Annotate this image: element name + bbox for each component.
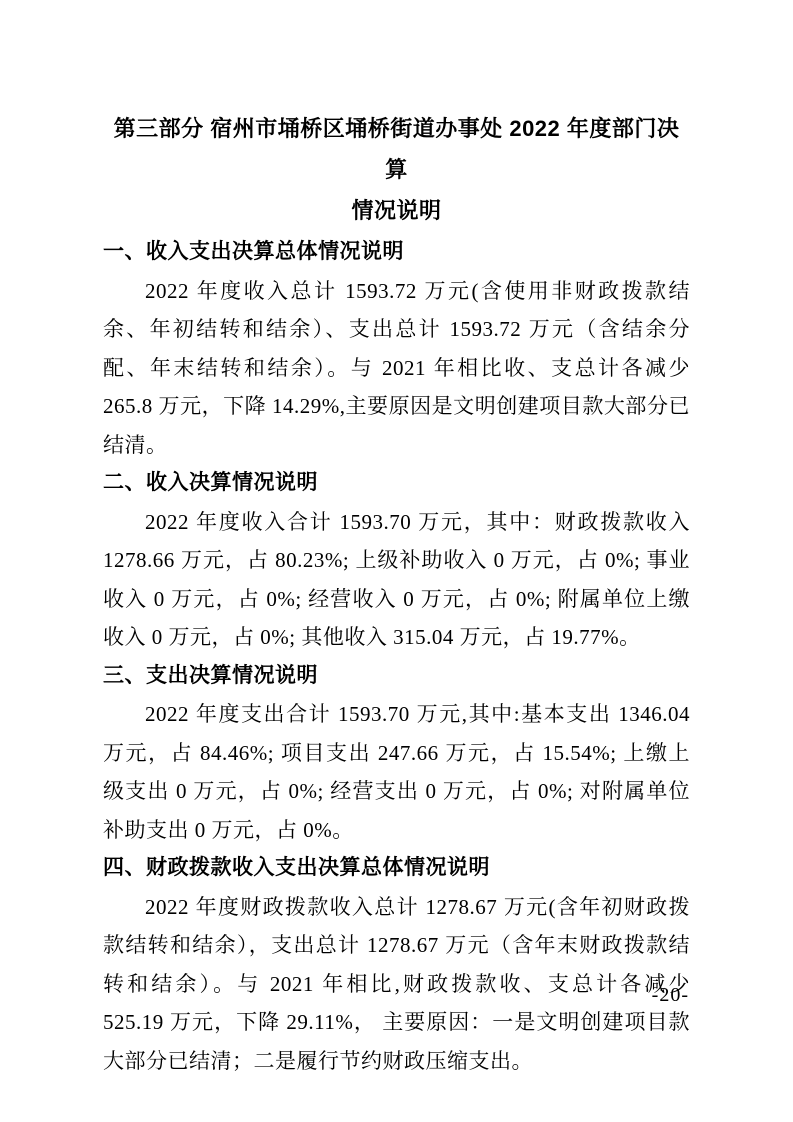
- section-income-expense-overview: 一、收入支出决算总体情况说明 2022 年度收入总计 1593.72 万元(含使…: [103, 233, 690, 464]
- section-heading: 一、收入支出决算总体情况说明: [103, 233, 690, 272]
- section-body: 2022 年度财政拨款收入总计 1278.67 万元(含年初财政拨款结转和结余）…: [103, 888, 690, 1081]
- section-heading: 四、财政拨款收入支出决算总体情况说明: [103, 849, 690, 888]
- document-page: 第三部分 宿州市埇桥区埇桥街道办事处 2022 年度部门决算 情况说明 一、收入…: [0, 0, 793, 1122]
- section-body: 2022 年度收入总计 1593.72 万元(含使用非财政拨款结余、年初结转和结…: [103, 272, 690, 465]
- section-fiscal-appropriation-overview: 四、财政拨款收入支出决算总体情况说明 2022 年度财政拨款收入总计 1278.…: [103, 849, 690, 1080]
- document-content: 第三部分 宿州市埇桥区埇桥街道办事处 2022 年度部门决算 情况说明 一、收入…: [0, 0, 793, 1080]
- section-income-statement: 二、收入决算情况说明 2022 年度收入合计 1593.70 万元，其中：财政拨…: [103, 464, 690, 657]
- section-heading: 二、收入决算情况说明: [103, 464, 690, 503]
- document-title-line1: 第三部分 宿州市埇桥区埇桥街道办事处 2022 年度部门决算: [103, 108, 690, 190]
- page-number: -20-: [652, 984, 689, 1007]
- section-heading: 三、支出决算情况说明: [103, 657, 690, 696]
- document-title-line2: 情况说明: [103, 190, 690, 231]
- section-body: 2022 年度支出合计 1593.70 万元,其中:基本支出 1346.04 万…: [103, 695, 690, 849]
- section-body: 2022 年度收入合计 1593.70 万元，其中：财政拨款收入 1278.66…: [103, 503, 690, 657]
- document-title: 第三部分 宿州市埇桥区埇桥街道办事处 2022 年度部门决算 情况说明: [103, 108, 690, 231]
- section-expense-statement: 三、支出决算情况说明 2022 年度支出合计 1593.70 万元,其中:基本支…: [103, 657, 690, 850]
